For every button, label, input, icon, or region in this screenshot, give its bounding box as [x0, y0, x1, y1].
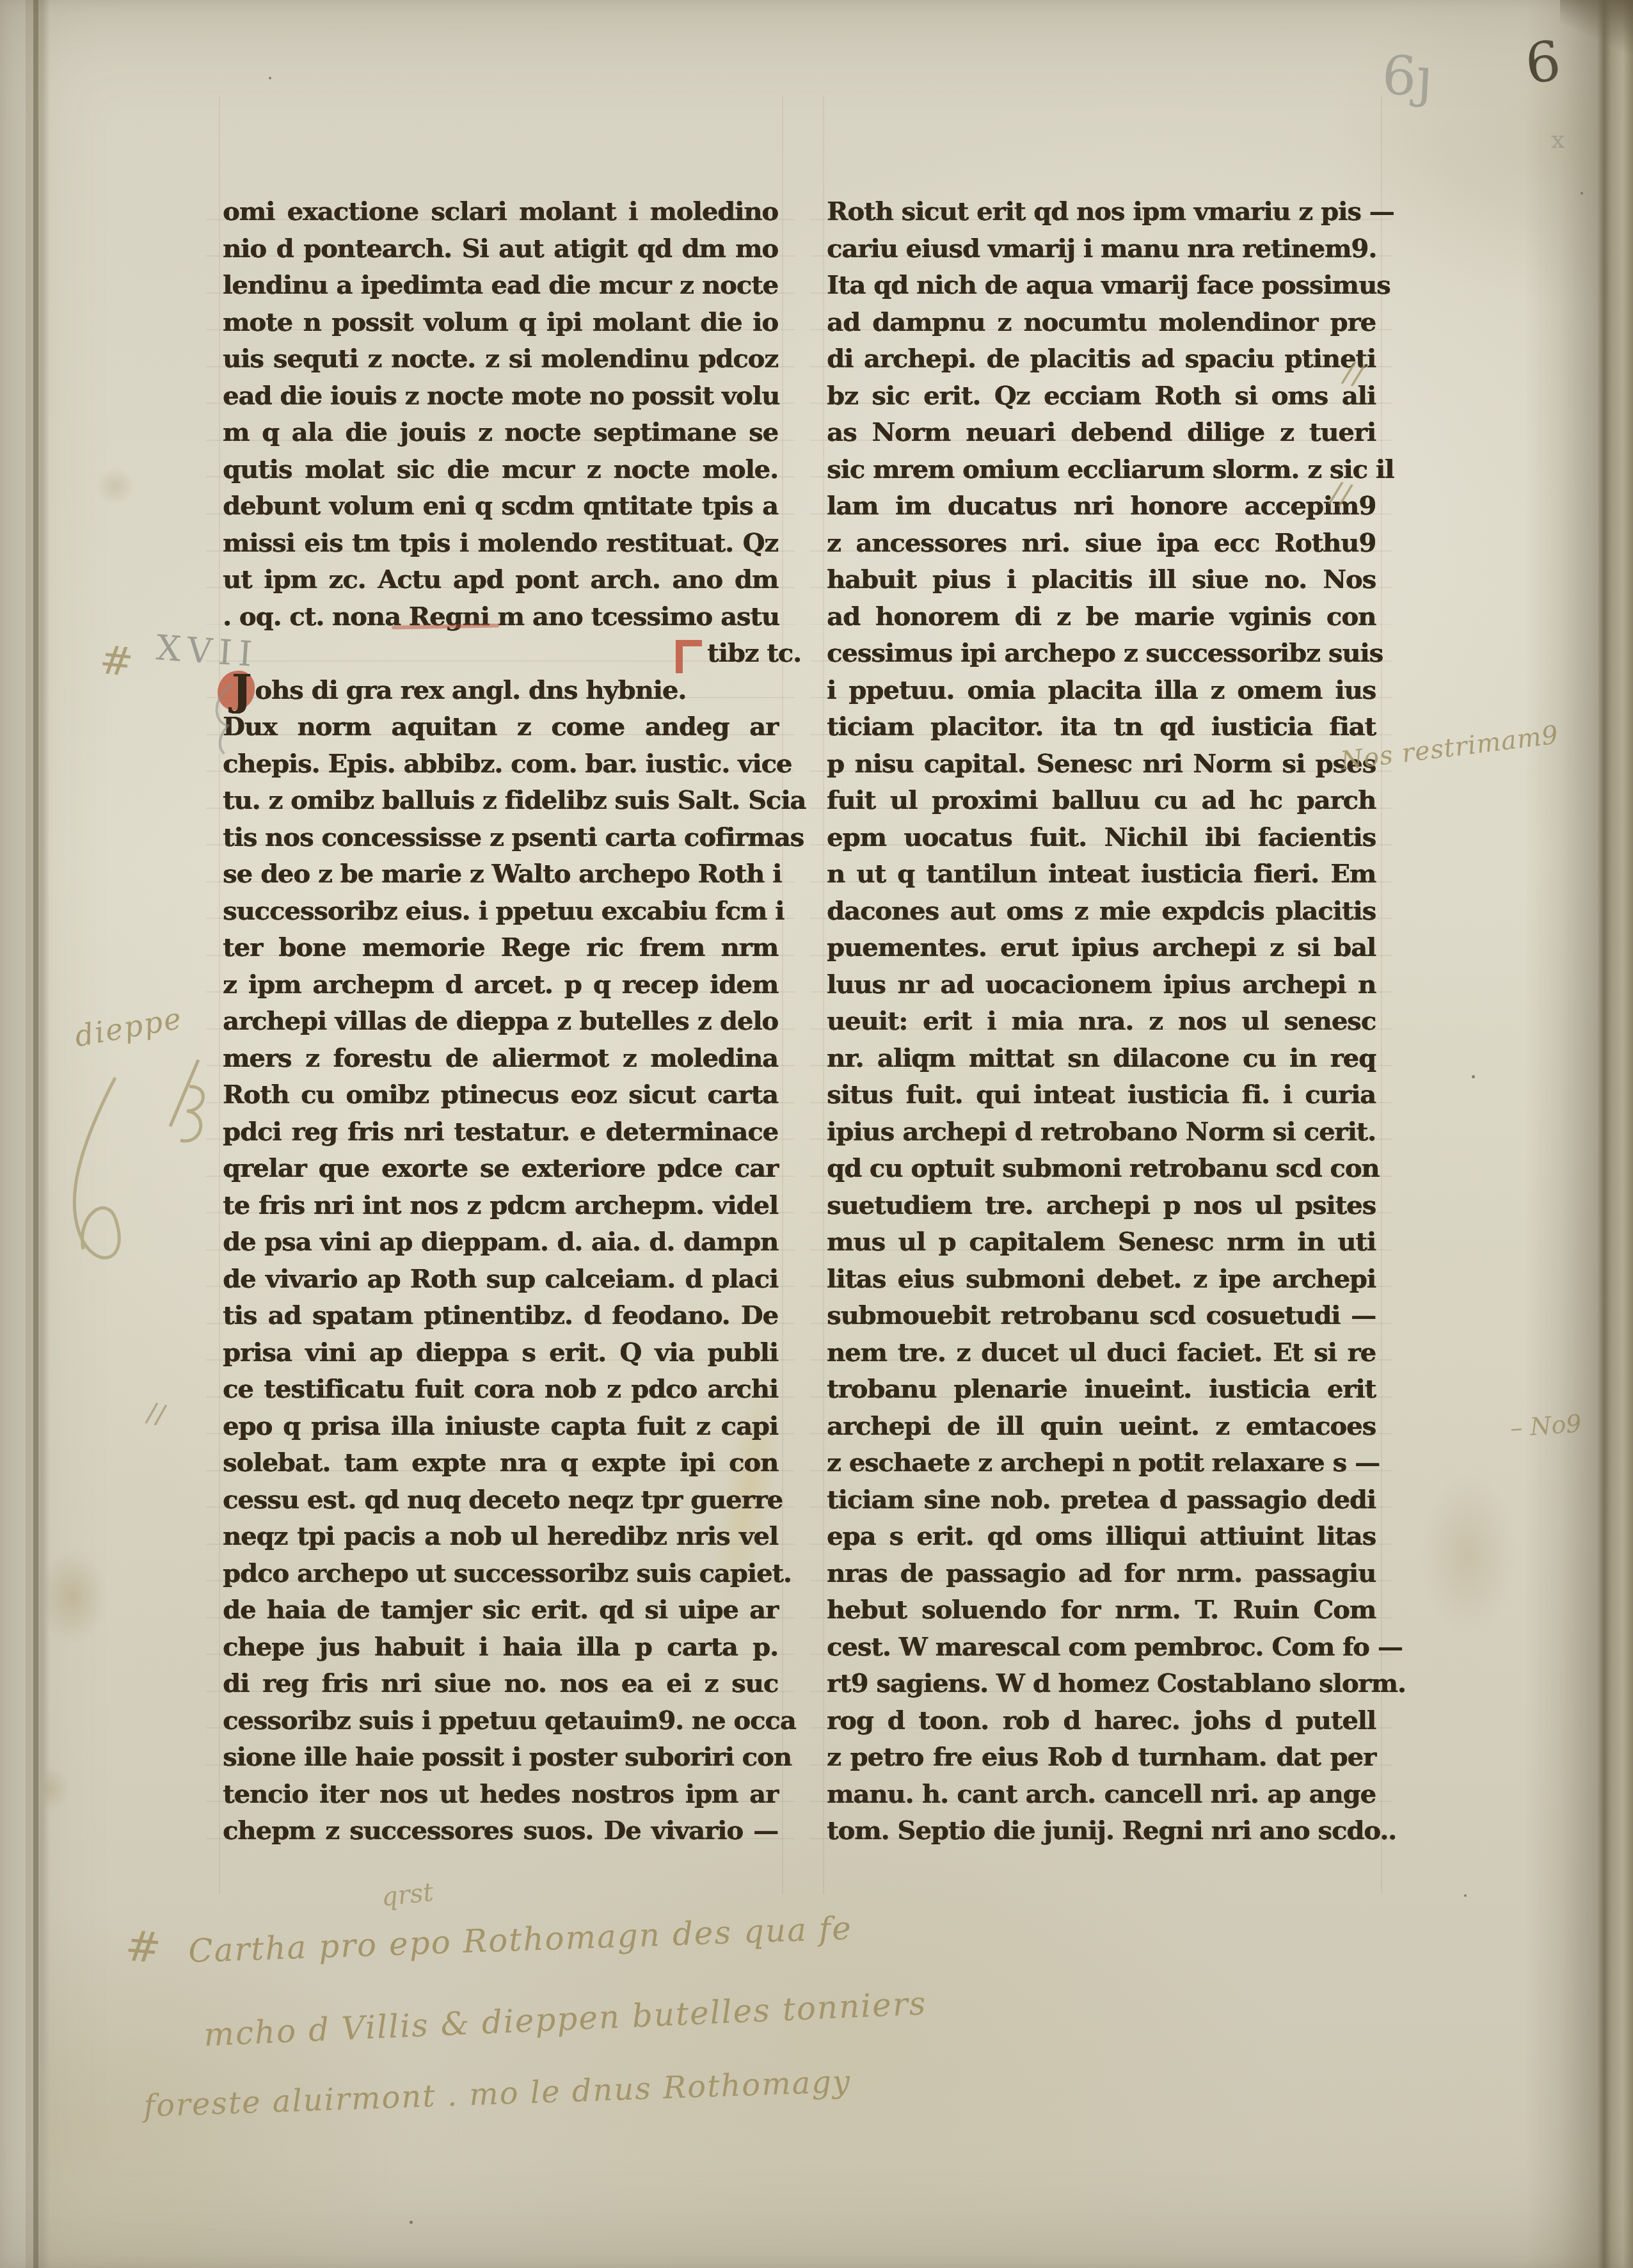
- text-line: te fris nri int nos z pdcm archepm. vide…: [223, 1187, 778, 1224]
- fore-edge-page-stack: [1525, 0, 1633, 2268]
- incipit-text: ohs di gra rex angl. dns hybnie.: [255, 672, 686, 709]
- speck: [1472, 1075, 1475, 1078]
- text-line: ead die iouis z nocte mote no possit vol…: [223, 378, 778, 415]
- text-line: cessu est. qd nuq deceto neqz tpr guerre: [223, 1481, 778, 1519]
- rubric-text: tibz tc.: [707, 635, 801, 672]
- text-line: dacones aut oms z mie expdcis placitis: [827, 893, 1376, 930]
- margin-hash-mark: #: [97, 635, 135, 685]
- incipit-line: J ohs di gra rex angl. dns hybnie.: [223, 672, 778, 709]
- text-line: missi eis tm tpis i molendo restituat. Q…: [223, 525, 778, 562]
- text-line: nio d pontearch. Si aut atigit qd dm mo: [223, 230, 778, 268]
- bottom-hash-mark: #: [123, 1921, 163, 1974]
- margin-note-dieppe: dieppe: [72, 1001, 185, 1054]
- text-line: cest. W marescal com pembroc. Com fo —: [827, 1629, 1376, 1666]
- speck: [1464, 1894, 1467, 1897]
- text-line: de psa vini ap dieppam. d. aia. d. dampn: [223, 1224, 778, 1261]
- text-line: m q ala die jouis z nocte septimane se: [223, 414, 778, 451]
- bottom-note-line: mcho d Villis & dieppen butelles tonnier…: [203, 1984, 927, 2053]
- text-line: p nisu capital. Senesc nri Norm si pses: [827, 746, 1376, 783]
- text-line: puementes. erut ipius archepi z si bal: [827, 929, 1376, 966]
- pen-flourish-icon: [38, 1050, 256, 1280]
- text-line: nem tre. z ducet ul duci faciet. Et si r…: [827, 1334, 1376, 1371]
- rubric-line: tibz tc.: [246, 635, 801, 672]
- initial-letter: J: [232, 672, 251, 709]
- text-line: pdco archepo ut successoribz suis capiet…: [223, 1555, 778, 1592]
- left-column-block-b: Dux norm aquitan z come andeg archepis. …: [223, 708, 778, 1849]
- binding-gutter-edge: [0, 0, 50, 2268]
- text-line: ticiam placitor. ita tn qd iusticia fiat: [827, 708, 1376, 746]
- text-line: chepm z successores suos. De vivario —: [223, 1812, 778, 1849]
- text-line: di archepi. de placitis ad spaciu ptinet…: [827, 340, 1376, 378]
- bottom-note-line: Cartha pro epo Rothomagn des qua fe: [187, 1910, 852, 1970]
- corner-shadow: [1560, 0, 1633, 59]
- text-line: hebut soluendo for nrm. T. Ruin Com: [827, 1592, 1376, 1629]
- text-line: z ipm archepm d arcet. p q recep idem: [223, 966, 778, 1003]
- text-line: Roth sicut erit qd nos ipm vmariu z pis …: [827, 193, 1376, 230]
- stain: [96, 467, 134, 506]
- text-line: mote n possit volum q ipi molant die io: [223, 304, 778, 341]
- text-line: rt9 sagiens. W d homez Costablano slorm.: [827, 1665, 1376, 1702]
- text-line: tom. Septio die junij. Regni nri ano scd…: [827, 1812, 1376, 1849]
- text-line: de haia de tamjer sic erit. qd si uipe a…: [223, 1592, 778, 1629]
- text-line: manu. h. cant arch. cancell nri. ap ange: [827, 1776, 1376, 1813]
- text-line: cariu eiusd vmarij i manu nra retinem9.: [827, 230, 1376, 268]
- speck: [410, 2221, 413, 2224]
- text-line: debunt volum eni q scdm qntitate tpis a: [223, 488, 778, 525]
- text-line: omi exactione sclari molant i moledino: [223, 193, 778, 230]
- bottom-note-line: foreste aluirmont . mo le dnus Rothomagy: [143, 2064, 852, 2125]
- text-line: qutis molat sic die mcur z nocte mole.: [223, 451, 778, 488]
- text-line: . oq. ct. nona Regni m ano tcessimo astu: [223, 598, 778, 635]
- text-line: qrelar que exorte se exteriore pdce car: [223, 1150, 778, 1187]
- text-line: sic mrem omium eccliarum slorm. z sic il: [827, 451, 1376, 488]
- text-line: suetudiem tre. archepi p nos ul psites: [827, 1187, 1376, 1224]
- text-line: chepe jus habuit i haia illa p carta p.: [223, 1629, 778, 1666]
- folio-number-old: 6ȷ: [1380, 44, 1435, 109]
- text-line: epo q prisa illa iniuste capta fuit z ca…: [223, 1408, 778, 1445]
- right-column-block: Roth sicut erit qd nos ipm vmariu z pis …: [827, 193, 1376, 1849]
- text-line: ad dampnu z nocumtu molendinor pre: [827, 304, 1376, 341]
- text-line: ad honorem di z be marie vginis con: [827, 598, 1376, 635]
- text-line: Dux norm aquitan z come andeg ar: [223, 708, 778, 746]
- text-line: trobanu plenarie inueint. iusticia erit: [827, 1371, 1376, 1408]
- text-line: i ppetuu. omia placita illa z omem ius: [827, 672, 1376, 709]
- text-line: rog d toon. rob d harec. johs d putell: [827, 1702, 1376, 1739]
- text-line: as Norm neuari debend dilige z tueri: [827, 414, 1376, 451]
- text-line: archepi villas de dieppa z butelles z de…: [223, 1003, 778, 1040]
- text-line: ut ipm zc. Actu apd pont arch. ano dm: [223, 561, 778, 598]
- text-line: Roth cu omibz ptinecus eoz sicut carta: [223, 1076, 778, 1114]
- text-line: tis nos concessisse z psenti carta cofir…: [223, 819, 778, 856]
- text-line: lendinu a ipedimta ead die mcur z nocte: [223, 267, 778, 304]
- text-line: lam im ducatus nri honore accepim9: [827, 488, 1376, 525]
- text-line: ticiam sine nob. pretea d passagio dedi: [827, 1481, 1376, 1519]
- text-line: ter bone memorie Rege ric frem nrm: [223, 929, 778, 966]
- text-line: fuit ul proximi balluu cu ad hc parch: [827, 782, 1376, 819]
- text-line: solebat. tam expte nra q expte ipi con: [223, 1444, 778, 1481]
- text-line: z eschaete z archepi n potit relaxare s …: [827, 1444, 1376, 1481]
- parchment-page: 6ȷ 6 x omi exactione sclari molant i mol…: [0, 0, 1633, 2268]
- text-line: cessimus ipi archepo z successoribz suis: [827, 635, 1376, 672]
- ruling-line-vertical: [782, 96, 783, 1894]
- text-line: luus nr ad uocacionem ipius archepi n: [827, 966, 1376, 1003]
- manuscript-photo: 6ȷ 6 x omi exactione sclari molant i mol…: [0, 0, 1633, 2268]
- speck: [269, 77, 271, 79]
- text-line: tencio iter nos ut hedes nostros ipm ar: [223, 1776, 778, 1813]
- text-line: cessoribz suis i ppetuu qetauim9. ne occ…: [223, 1702, 778, 1739]
- text-line: nras de passagio ad for nrm. passagiu: [827, 1555, 1376, 1592]
- text-line: z petro fre eius Rob d turnham. dat per: [827, 1739, 1376, 1776]
- text-line: archepi de ill quin ueint. z emtacoes: [827, 1408, 1376, 1445]
- text-line: uis sequti z nocte. z si molendinu pdcoz: [223, 340, 778, 378]
- text-line: litas eius submoni debet. z ipe archepi: [827, 1261, 1376, 1298]
- text-line: Ita qd nich de aqua vmarij face possimus: [827, 267, 1376, 304]
- text-line: se deo z be marie z Walto archepo Roth i: [223, 856, 778, 893]
- text-line: situs fuit. qui inteat iusticia fi. i cu…: [827, 1076, 1376, 1114]
- ruling-line-vertical: [1381, 96, 1382, 1894]
- bottom-superscript: qrst: [380, 1878, 435, 1912]
- stain: [1421, 1472, 1517, 1638]
- text-line: di reg fris nri siue no. nos ea ei z suc: [223, 1665, 778, 1702]
- left-column-block-a: omi exactione sclari molant i moledinoni…: [223, 193, 778, 635]
- text-line: tis ad spatam ptinentibz. d feodano. De: [223, 1297, 778, 1334]
- text-line: n ut q tantilun inteat iusticia fieri. E…: [827, 856, 1376, 893]
- text-line: ueuit: erit i mia nra. z nos ul senesc: [827, 1003, 1376, 1040]
- text-line: bz sic erit. Qz ecciam Roth si oms ali: [827, 378, 1376, 415]
- ruling-line-vertical: [219, 96, 220, 1894]
- text-line: ce testificatu fuit cora nob z pdco arch…: [223, 1371, 778, 1408]
- text-line: chepis. Epis. abbibz. com. bar. iustic. …: [223, 746, 778, 783]
- text-line: epm uocatus fuit. Nichil ibi facientis: [827, 819, 1376, 856]
- text-line: pdci reg fris nri testatur. e determinac…: [223, 1114, 778, 1151]
- text-line: tu. z omibz balluis z fidelibz suis Salt…: [223, 782, 778, 819]
- text-line: mers z forestu de aliermot z moledina: [223, 1040, 778, 1077]
- margin-slashes: ∕∕: [144, 1396, 168, 1431]
- text-line: successoribz eius. i ppetuu excabiu fcm …: [223, 893, 778, 930]
- text-column-right: Roth sicut erit qd nos ipm vmariu z pis …: [827, 193, 1376, 1849]
- text-line: qd cu optuit submoni retrobanu scd con: [827, 1150, 1376, 1187]
- text-column-left: omi exactione sclari molant i moledinoni…: [223, 193, 778, 1849]
- text-line: z ancessores nri. siue ipa ecc Rothu9: [827, 525, 1376, 562]
- ruling-line-vertical: [823, 96, 824, 1894]
- text-line: epa s erit. qd oms illiqui attiuint lita…: [827, 1518, 1376, 1555]
- text-line: nr. aliqm mittat sn dilacone cu in req: [827, 1040, 1376, 1077]
- text-line: de vivario ap Roth sup calceiam. d placi: [223, 1261, 778, 1298]
- text-line: neqz tpi pacis a nob ul heredibz nris ve…: [223, 1518, 778, 1555]
- text-line: sione ille haie possit i poster suboriri…: [223, 1739, 778, 1776]
- text-line: mus ul p capitalem Senesc nrm in uti: [827, 1224, 1376, 1261]
- red-paraph-icon: [676, 640, 702, 673]
- text-line: ipius archepi d retrobano Norm si cerit.: [827, 1114, 1376, 1151]
- text-line: habuit pius i placitis ill siue no. Nos: [827, 561, 1376, 598]
- text-line: submouebit retrobanu scd cosuetudi —: [827, 1297, 1376, 1334]
- text-line: prisa vini ap dieppa s erit. Q via publi: [223, 1334, 778, 1371]
